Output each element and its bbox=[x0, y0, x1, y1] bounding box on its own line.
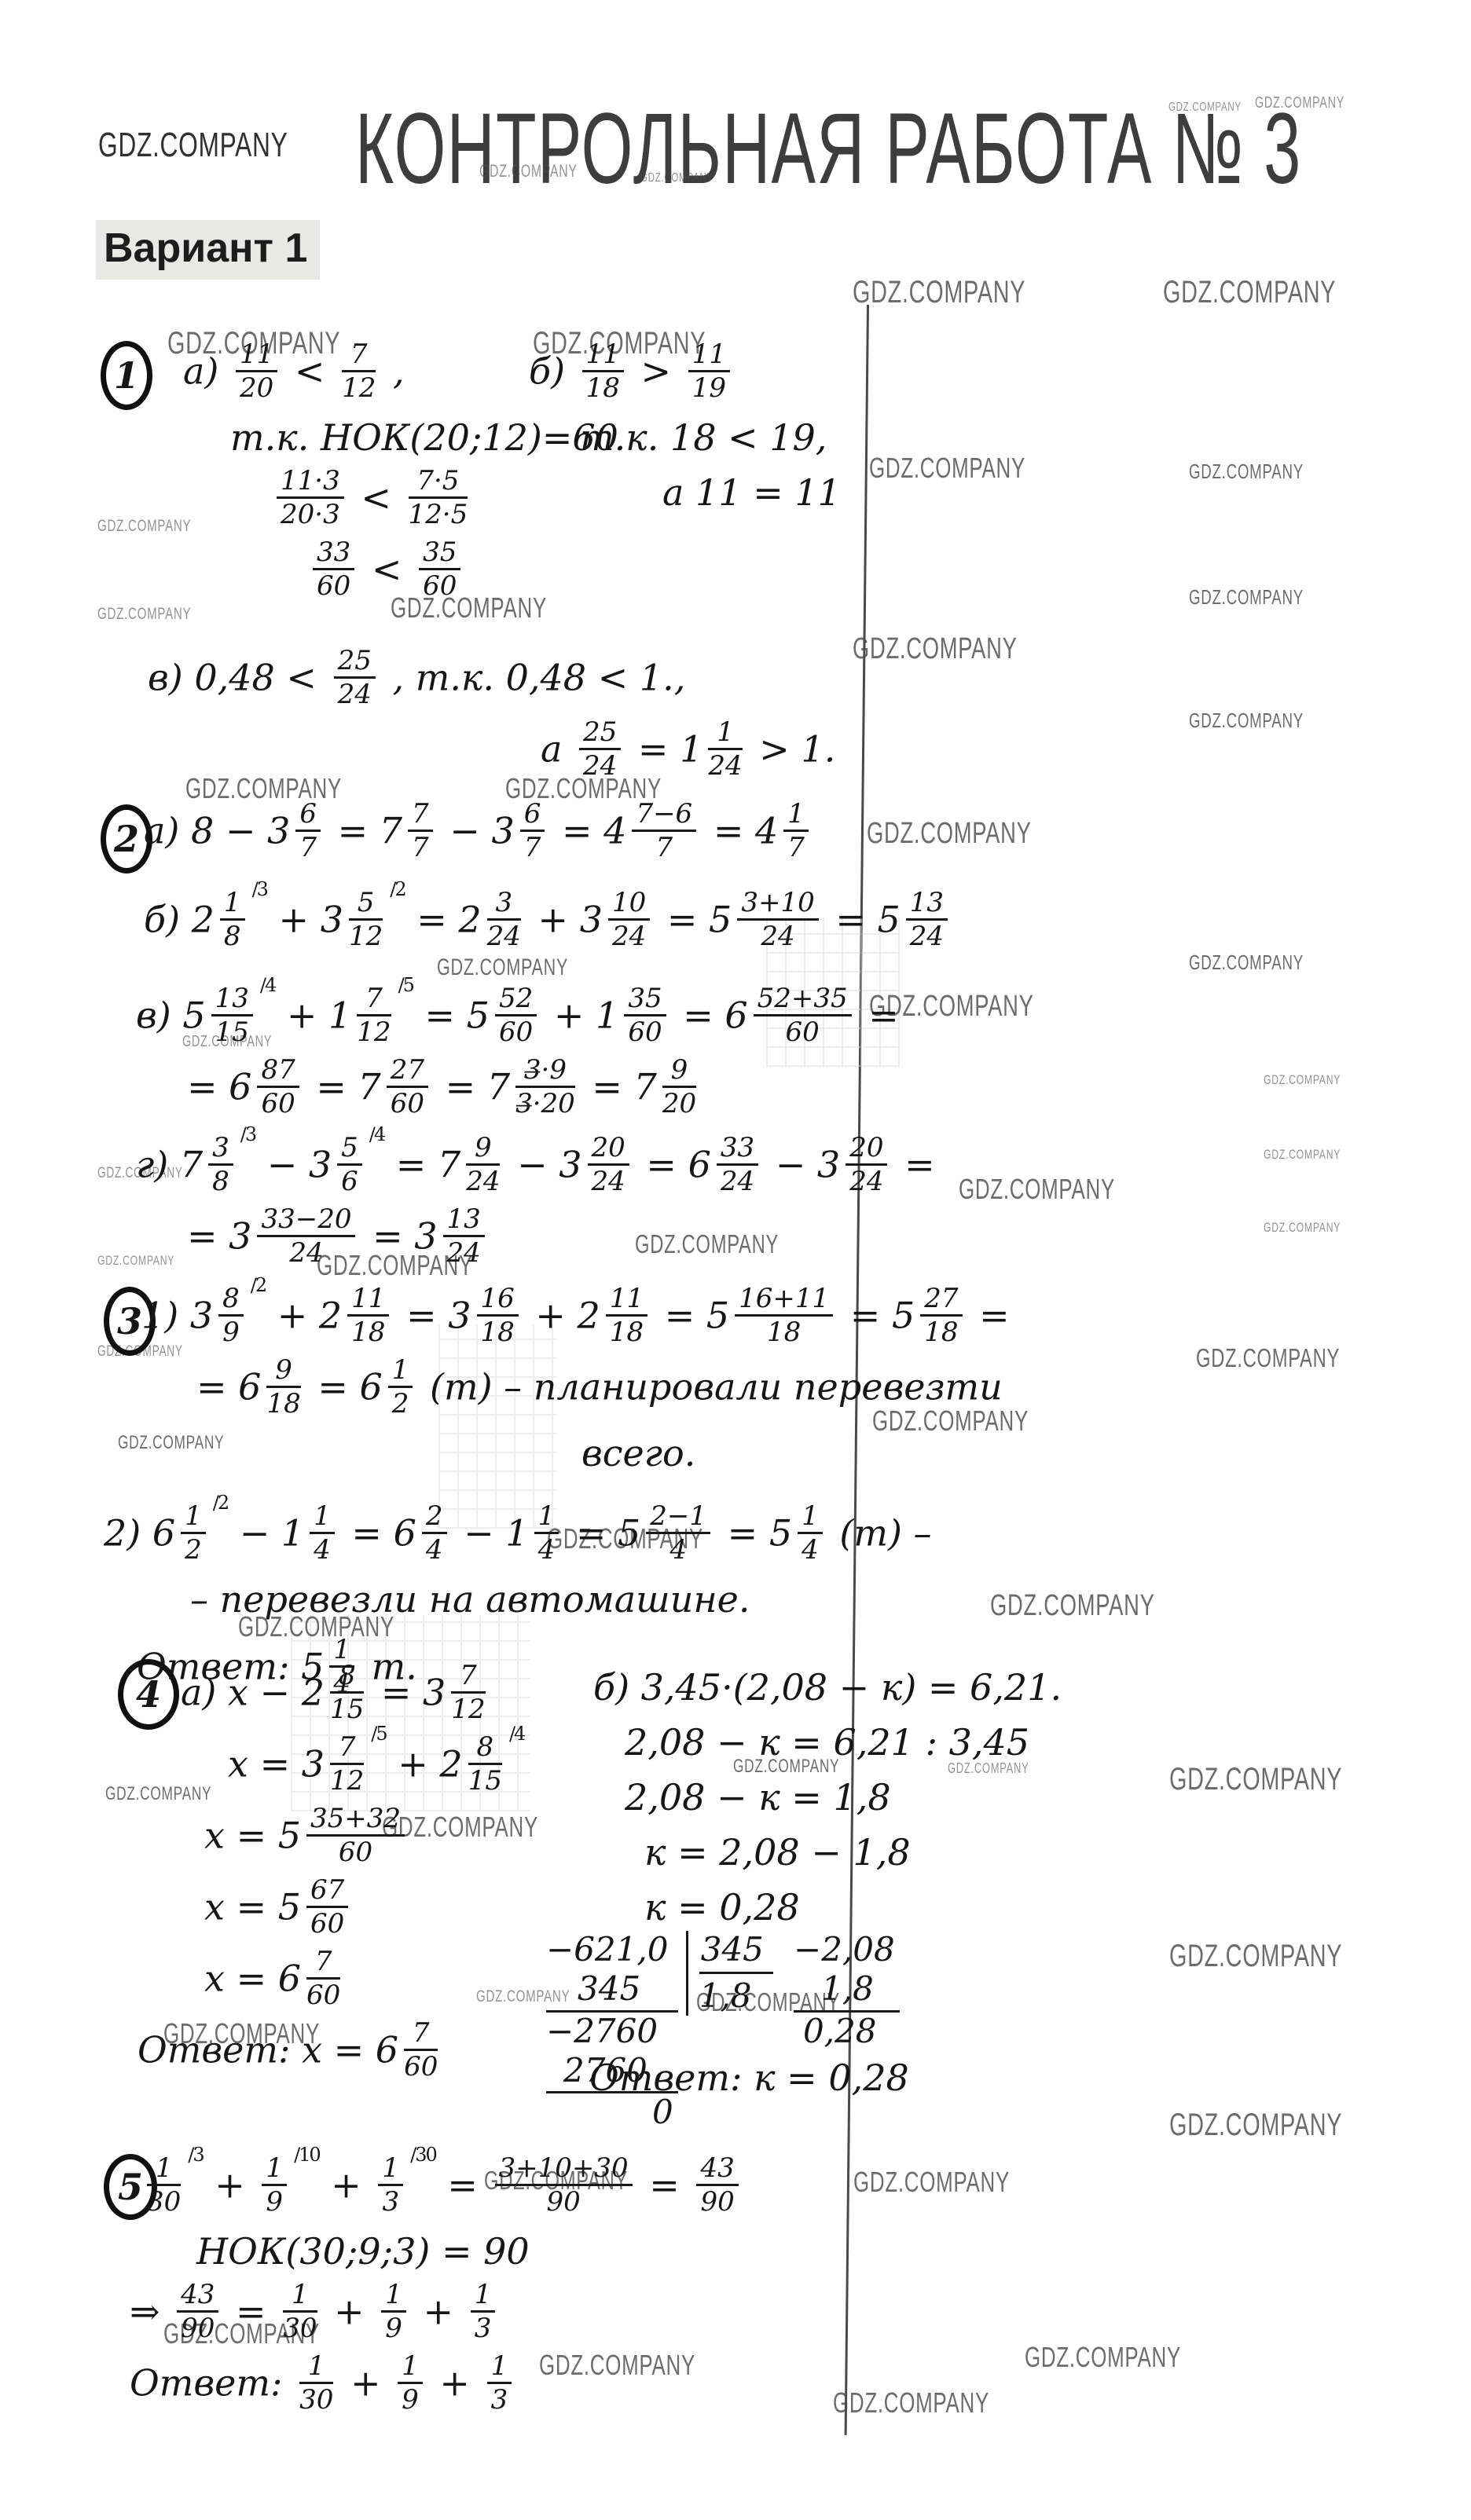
solution-block: б) 218∕3 + 3512∕2 = 2324 + 31024 = 53+10… bbox=[144, 892, 953, 964]
fraction: 33−2024 bbox=[257, 1206, 355, 1266]
column-arithmetic-row: 0,28 bbox=[794, 2013, 900, 2052]
fraction: 712 bbox=[451, 1662, 485, 1723]
fraction: 760 bbox=[404, 2020, 438, 2080]
solution-block: 1) 389∕2 + 21118 = 31618 + 21118 = 516+1… bbox=[141, 1288, 1010, 1486]
solution-block: Ответ: к = 0,28 bbox=[589, 2056, 909, 2111]
divisor: 345 bbox=[699, 1931, 773, 1974]
fraction: 1324 bbox=[443, 1206, 485, 1266]
math-line: 2,08 − к = 1,8 bbox=[625, 1775, 1062, 1819]
watermark: GDZ.COMPANY bbox=[867, 817, 1032, 851]
multiplier-tick: ∕10 bbox=[294, 2144, 320, 2166]
watermark: GDZ.COMPANY bbox=[853, 275, 1025, 310]
fraction: 7−67 bbox=[632, 800, 696, 861]
fraction: 2024 bbox=[846, 1134, 887, 1195]
multiplier-tick: ∕2 bbox=[213, 1492, 228, 1514]
math-line: x = 56760 bbox=[204, 1880, 524, 1940]
fraction: 5260 bbox=[495, 985, 537, 1046]
fraction: 815 bbox=[330, 1662, 364, 1723]
math-line: 3360 < 3560 bbox=[307, 542, 618, 603]
fraction: 6760 bbox=[306, 1877, 348, 1937]
watermark: GDZ.COMPANY bbox=[990, 1589, 1155, 1623]
fraction: 4390 bbox=[177, 2281, 218, 2342]
watermark: GDZ.COMPANY bbox=[97, 517, 191, 536]
fraction: 130 bbox=[283, 2281, 317, 2342]
fraction: 920 bbox=[662, 1057, 696, 1117]
column-arithmetic-row: −621,0 bbox=[546, 1931, 678, 1970]
math-line: а) 8 − 367 = 777 − 367 = 47−67 = 417 bbox=[144, 804, 814, 864]
fraction: 24 bbox=[422, 1503, 447, 1563]
fraction: 2524 bbox=[334, 647, 376, 708]
watermark: GDZ.COMPANY bbox=[479, 161, 578, 181]
fraction: 1024 bbox=[608, 889, 650, 950]
problem-number: 1 bbox=[101, 341, 152, 410]
fraction: 89 bbox=[218, 1285, 244, 1346]
solution-block: 2) 612∕2 − 114 = 624 − 114 = 52−14 = 514… bbox=[104, 1506, 932, 1632]
column-subtraction: −2,081,80,28 bbox=[794, 1931, 900, 2052]
fraction: 77 bbox=[408, 800, 433, 861]
fraction: 7·512·5 bbox=[409, 467, 468, 528]
fraction: 3560 bbox=[419, 539, 460, 599]
solution-block: а) 8 − 367 = 777 − 367 = 47−67 = 417 bbox=[144, 804, 814, 875]
fraction: 324 bbox=[487, 889, 521, 950]
math-line: 2,08 − к = 6,21 : 3,45 bbox=[625, 1720, 1062, 1764]
scanned-worksheet-page: КОНТРОЛЬНАЯ РАБОТА № 3 Вариант 1 GDZ.COM… bbox=[0, 0, 1471, 2520]
watermark: GDZ.COMPANY bbox=[1189, 585, 1304, 610]
math-line: к = 0,28 bbox=[644, 1885, 1062, 1929]
math-line: Ответ: x = 6760 bbox=[138, 2023, 524, 2083]
fraction: 13 bbox=[471, 2281, 496, 2342]
fraction: 2−14 bbox=[646, 1503, 710, 1563]
fraction: 14 bbox=[534, 1503, 559, 1563]
solution-block: б) 3,45·(2,08 − к) = 6,21.2,08 − к = 6,2… bbox=[593, 1665, 1062, 1941]
math-line: т.к. 18 < 19, bbox=[580, 416, 841, 460]
multiplier-tick: ∕5 bbox=[398, 974, 413, 996]
fraction: 1618 bbox=[477, 1285, 519, 1346]
multiplier-tick: ∕4 bbox=[369, 1123, 384, 1145]
multiplier-tick: ∕2 bbox=[251, 1274, 266, 1296]
math-line: б) 3,45·(2,08 − к) = 6,21. bbox=[593, 1665, 1062, 1709]
column-arithmetic-row: −2,08 bbox=[794, 1931, 900, 1970]
fraction: 712 bbox=[342, 341, 376, 401]
fraction: 19 bbox=[398, 2353, 423, 2413]
fraction: 3+1024 bbox=[737, 889, 818, 950]
fraction: 512 bbox=[349, 889, 383, 950]
fraction: 712 bbox=[357, 985, 391, 1046]
watermark: GDZ.COMPANY bbox=[1168, 101, 1242, 115]
math-line: = 68760 = 72760 = 73̶·93̶·20 = 7920 bbox=[187, 1060, 899, 1120]
watermark: GDZ.COMPANY bbox=[853, 632, 1018, 666]
fraction: 18 bbox=[220, 889, 245, 950]
fraction: 3̶·93̶·20 bbox=[515, 1057, 575, 1117]
fraction: 12 bbox=[181, 1503, 206, 1563]
problem-number: 4 bbox=[118, 1659, 179, 1730]
fraction: 14 bbox=[310, 1503, 335, 1563]
solution-block: г) 738∕3 − 356∕4 = 7924 − 32024 = 63324 … bbox=[136, 1137, 935, 1280]
watermark: GDZ.COMPANY bbox=[1169, 1939, 1342, 1974]
math-line: = 6918 = 612 (т) – планировали перевезти bbox=[196, 1360, 1010, 1420]
math-line: 2) 612∕2 − 114 = 624 − 114 = 52−14 = 514… bbox=[104, 1506, 932, 1566]
fraction: 67 bbox=[295, 800, 321, 861]
fraction: 130 bbox=[299, 2353, 333, 2413]
solution-block: в) 51315∕4 + 1712∕5 = 55260 + 13560 = 65… bbox=[136, 988, 899, 1131]
multiplier-tick: ∕4 bbox=[509, 1723, 524, 1745]
watermark: GDZ.COMPANY bbox=[1264, 1147, 1341, 1163]
multiplier-tick: ∕5 bbox=[371, 1723, 386, 1745]
math-line: – перевезли на автомашине. bbox=[190, 1577, 932, 1621]
math-line: г) 738∕3 − 356∕4 = 7924 − 32024 = 63324 … bbox=[136, 1137, 935, 1198]
fraction: 1315 bbox=[211, 985, 253, 1046]
multiplier-tick: ∕3 bbox=[240, 1123, 255, 1145]
fraction: 3360 bbox=[313, 539, 354, 599]
watermark: GDZ.COMPANY bbox=[1169, 2108, 1342, 2143]
fraction: 17 bbox=[783, 800, 809, 861]
watermark: GDZ.COMPANY bbox=[97, 605, 191, 624]
fraction: 1118 bbox=[582, 341, 624, 401]
fraction: 924 bbox=[466, 1134, 500, 1195]
fraction: 1118 bbox=[606, 1285, 647, 1346]
math-line: б) 218∕3 + 3512∕2 = 2324 + 31024 = 53+10… bbox=[144, 892, 953, 953]
fraction: 35+3260 bbox=[306, 1805, 405, 1866]
math-line: в) 51315∕4 + 1712∕5 = 55260 + 13560 = 65… bbox=[136, 988, 899, 1049]
watermark: GDZ.COMPANY bbox=[853, 2166, 1010, 2199]
fraction: 1118 bbox=[347, 1285, 389, 1346]
multiplier-tick: ∕30 bbox=[410, 2144, 436, 2166]
fraction: 56 bbox=[337, 1134, 362, 1195]
solution-block: в) 0,48 < 2524 , т.к. 0,48 < 1.,а 2524 =… bbox=[148, 650, 835, 793]
fraction: 16+1118 bbox=[735, 1285, 833, 1346]
column-arithmetic-row: −2760 bbox=[546, 2013, 678, 2052]
fraction: 130 bbox=[147, 2155, 181, 2215]
math-line: 1) 389∕2 + 21118 = 31618 + 21118 = 516+1… bbox=[141, 1288, 1010, 1349]
fraction: 14 bbox=[798, 1503, 823, 1563]
math-line: НОК(30;9;3) = 90 bbox=[196, 2229, 744, 2273]
watermark: GDZ.COMPANY bbox=[98, 126, 288, 165]
fraction: 124 bbox=[708, 719, 742, 779]
page-title: КОНТРОЛЬНАЯ РАБОТА № 3 bbox=[355, 91, 1302, 207]
watermark: GDZ.COMPANY bbox=[1169, 1762, 1342, 1797]
fraction: 712 bbox=[330, 1734, 364, 1794]
fraction: 19 bbox=[381, 2281, 406, 2342]
fraction: 8760 bbox=[257, 1057, 299, 1117]
fraction: 3+10+3090 bbox=[495, 2155, 633, 2215]
fraction: 1324 bbox=[906, 889, 948, 950]
watermark: GDZ.COMPANY bbox=[1196, 1343, 1340, 1373]
math-line: а 2524 = 1124 > 1. bbox=[541, 722, 835, 782]
watermark: GDZ.COMPANY bbox=[959, 1173, 1115, 1206]
fraction: 12 bbox=[388, 1357, 413, 1417]
math-line: всего. bbox=[581, 1431, 1010, 1475]
math-line: к = 2,08 − 1,8 bbox=[644, 1830, 1062, 1874]
solution-block: 130∕3 + 19∕10 + 13∕30 = 3+10+3090 = 4390… bbox=[141, 2158, 744, 2427]
fraction: 1119 bbox=[688, 341, 730, 401]
math-line: = 333−2024 = 31324 bbox=[187, 1209, 935, 1269]
fraction: 1120 bbox=[236, 341, 277, 401]
fraction: 4390 bbox=[696, 2155, 738, 2215]
multiplier-tick: ∕4 bbox=[260, 974, 275, 996]
fraction: 2718 bbox=[920, 1285, 962, 1346]
math-line: в) 0,48 < 2524 , т.к. 0,48 < 1., bbox=[148, 650, 835, 711]
watermark: GDZ.COMPANY bbox=[1163, 275, 1336, 310]
math-line: 130∕3 + 19∕10 + 13∕30 = 3+10+3090 = 4390 bbox=[141, 2158, 744, 2218]
fraction: 38 bbox=[208, 1134, 233, 1195]
math-line: Ответ: 130 + 19 + 13 bbox=[130, 2356, 744, 2416]
math-line: б) 1118 > 1119 bbox=[529, 344, 841, 405]
solution-block: б) 1118 > 1119т.к. 18 < 19,а 11 = 11 bbox=[529, 344, 841, 526]
fraction: 11·320·3 bbox=[277, 467, 344, 528]
watermark: GDZ.COMPANY bbox=[833, 2386, 989, 2419]
fraction: 3324 bbox=[717, 1134, 758, 1195]
watermark: GDZ.COMPANY bbox=[1255, 94, 1344, 112]
watermark: GDZ.COMPANY bbox=[869, 452, 1025, 485]
watermark: GDZ.COMPANY bbox=[1189, 709, 1304, 733]
column-arithmetic: −2,081,80,28 bbox=[794, 1931, 900, 2052]
math-line: ⇒ 4390 = 130 + 19 + 13 bbox=[130, 2284, 744, 2345]
column-arithmetic-row: 345 bbox=[546, 1970, 678, 2012]
watermark: GDZ.COMPANY bbox=[1264, 1220, 1341, 1236]
fraction: 918 bbox=[266, 1357, 300, 1417]
fraction: 13 bbox=[378, 2155, 403, 2215]
fraction: 19 bbox=[262, 2155, 287, 2215]
math-line: x = 535+3260 bbox=[204, 1808, 524, 1869]
fraction: 815 bbox=[468, 1734, 502, 1794]
math-line: а) x − 2815 = 3712 bbox=[181, 1665, 524, 1726]
math-line: а 11 = 11 bbox=[662, 471, 841, 515]
quotient: 1,8 bbox=[699, 1974, 773, 2015]
watermark: GDZ.COMPANY bbox=[640, 171, 713, 185]
multiplier-tick: ∕2 bbox=[390, 878, 405, 900]
fraction: 760 bbox=[306, 1948, 340, 2009]
fraction: 2024 bbox=[588, 1134, 629, 1195]
solution-block: а) x − 2815 = 3712x = 3712∕5 + 2815∕4x =… bbox=[181, 1665, 524, 2094]
multiplier-tick: ∕3 bbox=[252, 878, 267, 900]
math-line: Ответ: к = 0,28 bbox=[589, 2056, 909, 2100]
fraction: 2524 bbox=[579, 719, 621, 779]
watermark: GDZ.COMPANY bbox=[1189, 950, 1304, 975]
fraction: 2760 bbox=[387, 1057, 428, 1117]
fraction: 67 bbox=[520, 800, 545, 861]
fraction: 52+3560 bbox=[754, 985, 852, 1046]
math-line: x = 6760 bbox=[204, 1951, 524, 2012]
math-line: x = 3712∕5 + 2815∕4 bbox=[228, 1737, 524, 1797]
column-arithmetic-row: 1,8 bbox=[794, 1970, 900, 2012]
fraction: 13 bbox=[487, 2353, 512, 2413]
fraction: 3560 bbox=[624, 985, 666, 1046]
variant-label: Вариант 1 bbox=[96, 220, 320, 280]
divisor-box: 3451,8 bbox=[686, 1931, 773, 2016]
watermark: GDZ.COMPANY bbox=[1025, 2341, 1181, 2374]
watermark: GDZ.COMPANY bbox=[1189, 460, 1304, 484]
watermark: GDZ.COMPANY bbox=[1264, 1072, 1341, 1088]
multiplier-tick: ∕3 bbox=[188, 2144, 203, 2166]
